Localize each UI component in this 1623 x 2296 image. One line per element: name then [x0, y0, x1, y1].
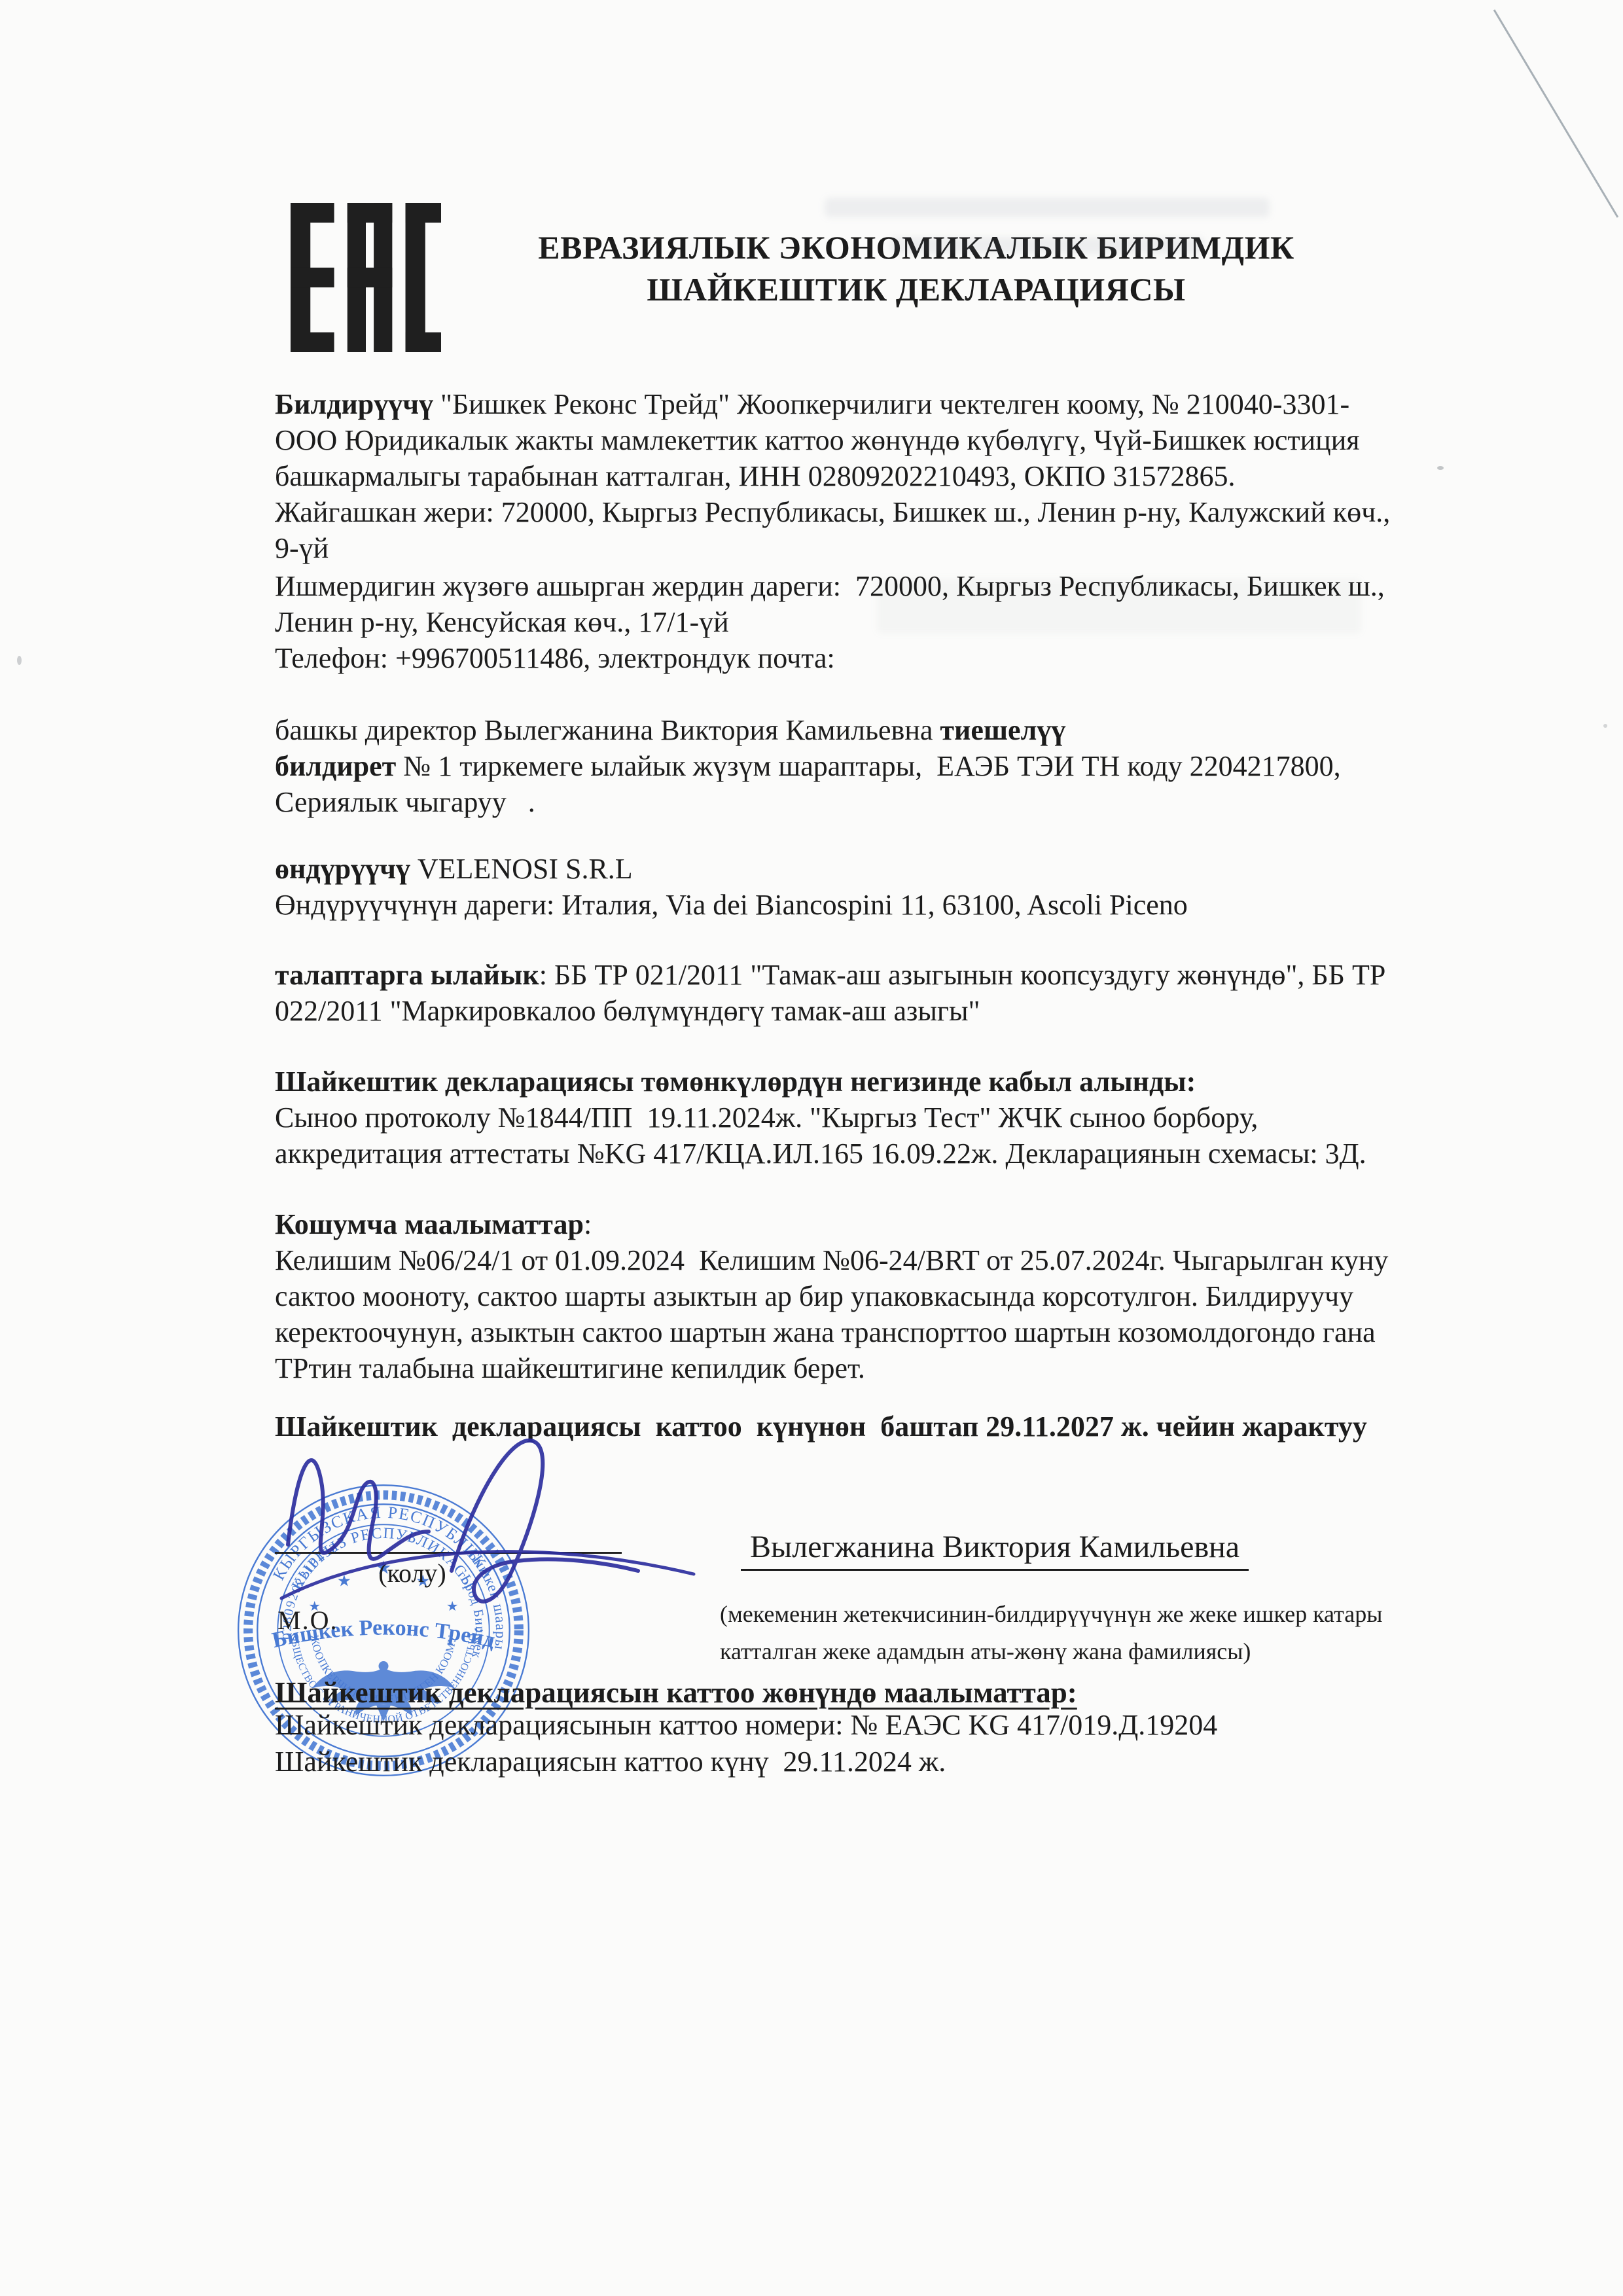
- signatory-caption-line-1: (мекеменин жетекчисинин-билдирүүчүнүн же…: [720, 1596, 1382, 1633]
- paragraph-manufacturer: өндүрүүчү VELENOSI S.R.LӨндүрүүчүнүн дар…: [275, 851, 1188, 923]
- paragraph-basis: Шайкештик декларациясы төмөнкүлөрдүн нег…: [275, 1064, 1366, 1172]
- text-line: Кошумча маалыматтар:: [275, 1206, 1388, 1242]
- paragraph-activity-address: Ишмердигин жүзөгө ашырган жердин дареги:…: [275, 568, 1385, 676]
- signatory-name: Вылегжанина Виктория Камильевна: [741, 1529, 1249, 1571]
- text-line: Телефон: +996700511486, электрондук почт…: [275, 640, 1385, 676]
- handwritten-signature: [262, 1433, 720, 1643]
- title-line-2: ШАЙКЕШТИК ДЕКЛАРАЦИЯСЫ: [419, 268, 1414, 310]
- scan-smudge: [825, 198, 1270, 217]
- text-line: Ишмердигин жүзөгө ашырган жердин дареги:…: [275, 568, 1385, 604]
- text-line: ООО Юридикалык жакты мамлекеттик каттоо …: [275, 422, 1390, 458]
- text-line: Сериялык чыгаруу .: [275, 784, 1341, 820]
- text-line: 9-үй: [275, 530, 1390, 566]
- signatory-caption-line-2: катталган жеке адамдын аты-жөнү жана фам…: [720, 1633, 1382, 1670]
- scan-fold-line: [1407, 0, 1623, 262]
- registration-heading: Шайкештик декларациясын каттоо жөнүндө м…: [275, 1676, 1077, 1710]
- signatory-caption: (мекеменин жетекчисинин-билдирүүчүнүн же…: [720, 1596, 1382, 1670]
- scan-smudge: [890, 237, 1204, 254]
- text-line: өндүрүүчү VELENOSI S.R.L: [275, 851, 1188, 887]
- scanned-declaration-page: ЕВРАЗИЯЛЫК ЭКОНОМИКАЛЫК БИРИМДИК ШАЙКЕШТ…: [0, 0, 1623, 2296]
- text-line: ТРтин талабына шайкештигине кепилдик бер…: [275, 1350, 1388, 1386]
- text-line: 022/2011 "Маркировкалоо бөлүмүндөгү тама…: [275, 993, 1385, 1029]
- text-line: Жайгашкан жери: 720000, Кыргыз Республик…: [275, 494, 1390, 530]
- paragraph-requirements: талаптарга ылайык: ББ ТР 021/2011 "Тамак…: [275, 957, 1385, 1029]
- paragraph-applicant: Билдирүүчү "Бишкек Реконс Трейд" Жоопкер…: [275, 386, 1390, 566]
- text-line: Сыноо протоколу №1844/ПП 19.11.2024ж. "К…: [275, 1100, 1366, 1136]
- text-line: башкы директор Вылегжанина Виктория Ками…: [275, 712, 1341, 748]
- text-line: аккредитация аттестаты №KG 417/КЦА.ИЛ.16…: [275, 1136, 1366, 1172]
- text-line: Билдирүүчү "Бишкек Реконс Трейд" Жоопкер…: [275, 386, 1390, 422]
- text-line: башкармалыгы тарабынан катталган, ИНН 02…: [275, 458, 1390, 494]
- text-line: Шайкештик декларациясы төмөнкүлөрдүн нег…: [275, 1064, 1366, 1100]
- text-line: Ленин р-ну, Кенсуйская көч., 17/1-үй: [275, 604, 1385, 640]
- text-line: Келишим №06/24/1 от 01.09.2024 Келишим №…: [275, 1242, 1388, 1278]
- registration-date-line: Шайкештик декларациясын каттоо күнү 29.1…: [275, 1745, 946, 1778]
- paragraph-declaration: башкы директор Вылегжанина Виктория Ками…: [275, 712, 1341, 820]
- paragraph-additional: Кошумча маалыматтар:Келишим №06/24/1 от …: [275, 1206, 1388, 1386]
- scan-speck: [1603, 724, 1607, 728]
- scan-speck: [1437, 466, 1444, 470]
- text-line: талаптарга ылайык: ББ ТР 021/2011 "Тамак…: [275, 957, 1385, 993]
- scan-speck: [17, 656, 22, 665]
- text-line: билдирет № 1 тиркемеге ылайык жүзүм шара…: [275, 748, 1341, 784]
- text-line: Өндүрүүчүнүн дареги: Италия, Via dei Bia…: [275, 887, 1188, 923]
- registration-number-line: Шайкештик декларациясынын каттоо номери:…: [275, 1708, 1217, 1742]
- text-line: керектоочунун, азыктын сактоо шартын жан…: [275, 1314, 1388, 1350]
- text-line: сактоо мооноту, сактоо шарты азыктын ар …: [275, 1278, 1388, 1314]
